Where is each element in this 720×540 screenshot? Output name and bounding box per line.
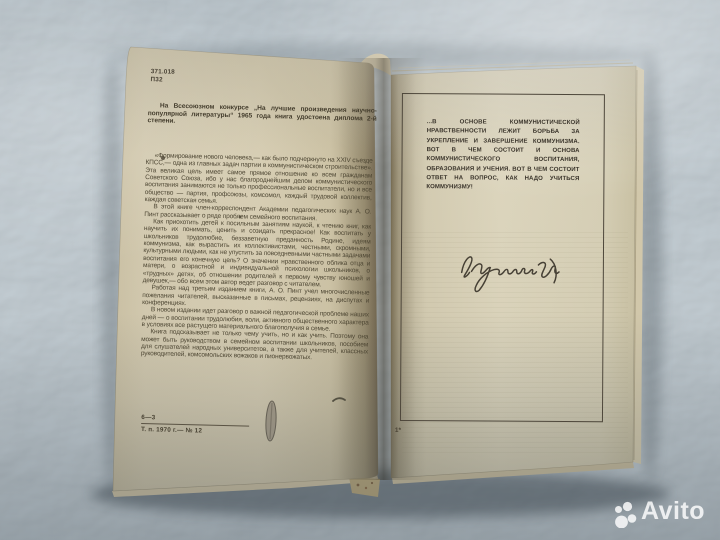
- annotation-paragraph: Книга подсказывает не только чему учить,…: [141, 328, 369, 363]
- avito-watermark: Avito: [608, 489, 720, 533]
- award-note: На Всесоюзном конкурсе „На лучшие произв…: [147, 102, 376, 131]
- left-page-content: 371.018 П32 На Всесоюзном конкурсе „На л…: [94, 41, 385, 503]
- right-page-content: ...В ОСНОВЕ КОММУНИСТИЧЕСКОЙ НРАВСТВЕННО…: [378, 44, 647, 488]
- page-signature-mark: 1*: [395, 427, 401, 434]
- book-photo: 371.018 П32 На Всесоюзном конкурсе „На л…: [0, 0, 720, 540]
- imprint-line: Т. п. 1970 г.— № 12: [141, 426, 261, 436]
- annotation-paragraph: Как приохотить детей к посильным занятия…: [143, 218, 372, 290]
- colophon: 6—3 Т. п. 1970 г.— № 12: [141, 414, 261, 435]
- annotation-text: «Формирование нового человека,— как было…: [141, 152, 373, 363]
- annotation-paragraph: «Формирование нового человека,— как было…: [145, 152, 373, 209]
- library-code: 371.018 П32: [150, 68, 175, 84]
- avito-wordmark: Avito: [641, 494, 705, 528]
- quote-text: ...В ОСНОВЕ КОММУНИСТИЧЕСКОЙ НРАВСТВЕННО…: [426, 118, 579, 194]
- avito-logo-icon: [608, 494, 638, 528]
- lenin-signature: [452, 244, 570, 297]
- quote-box: ...В ОСНОВЕ КОММУНИСТИЧЕСКОЙ НРАВСТВЕННО…: [400, 93, 605, 422]
